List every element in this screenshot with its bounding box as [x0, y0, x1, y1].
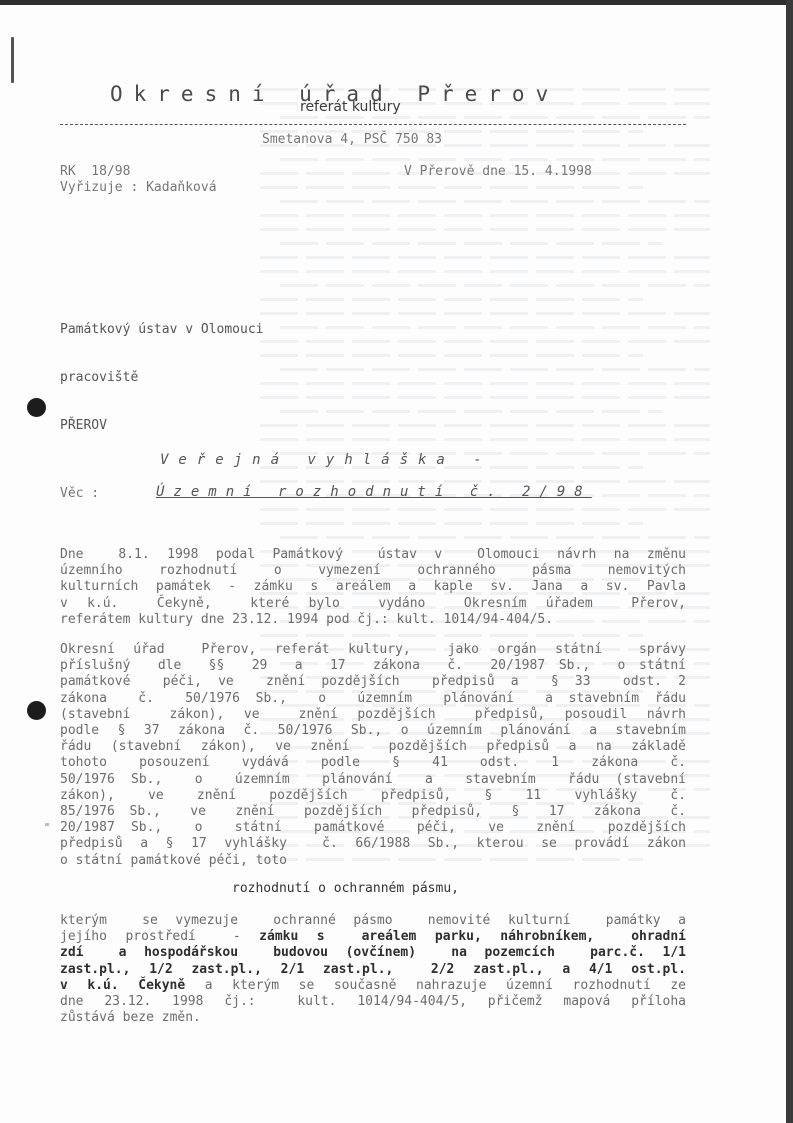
handled-by: Vyřizuje : Kadaňková	[60, 180, 217, 195]
emphasized-text: zast.pl., 1/2 zast.pl., 2/1 zast.pl., 2/…	[60, 962, 686, 977]
subject-label: Věc :	[60, 486, 99, 501]
header-divider	[60, 124, 686, 125]
text-line: předpisů a § 17 vyhlášky č. 66/1988 Sb.,…	[60, 836, 686, 852]
addressee-block: Památkový ústav v Olomouci pracoviště PŘ…	[60, 290, 264, 450]
decision-heading: rozhodnutí o ochranném pásmu,	[232, 881, 459, 896]
punch-hole-icon	[27, 701, 46, 720]
emphasized-text: v k.ú. Čekyně	[60, 978, 185, 993]
text-run: a kterým se současně nahrazuje územní ro…	[185, 978, 686, 993]
text-line: zast.pl., 1/2 zast.pl., 2/1 zast.pl., 2/…	[60, 962, 686, 978]
text-line: jejího prostředí - zámku s areálem parku…	[60, 929, 686, 945]
punch-hole-icon	[27, 398, 46, 417]
margin-pencil-mark	[11, 37, 14, 83]
reference-number: RK 18/98	[60, 164, 130, 179]
text-line: referátem kultury dne 23.12. 1994 pod čj…	[60, 612, 686, 628]
public-notice-title: Veřejná vyhláška -	[160, 452, 492, 468]
text-line: tohoto posouzení vydává podle § 41 odst.…	[60, 755, 686, 771]
addressee-line: PŘEROV	[60, 418, 264, 434]
office-address: Smetanova 4, PSČ 750 83	[262, 132, 442, 147]
scan-right-edge	[786, 0, 793, 1123]
emphasized-text: zdí a hospodářskou budovou (ovčínem) na …	[60, 945, 686, 960]
text-line: 20/1987 Sb., o státní památkové péči, ve…	[60, 820, 686, 836]
paragraph-decision-scope: kterým se vymezuje ochranné pásmo nemovi…	[60, 913, 686, 1026]
text-run: jejího prostředí -	[60, 929, 259, 944]
text-line: příslušný dle §§ 29 a 17 zákona č. 20/19…	[60, 658, 686, 674]
text-line: v k.ú. Čekyně a kterým se současně nahra…	[60, 978, 686, 994]
scan-top-edge	[0, 0, 793, 5]
text-run: zůstává beze změn.	[60, 1010, 201, 1025]
text-line: dne 23.12. 1998 čj.: kult. 1014/94-404/5…	[60, 994, 686, 1010]
text-line: podle § 37 zákona č. 50/1976 Sb., o územ…	[60, 723, 686, 739]
text-line: zdí a hospodářskou budovou (ovčínem) na …	[60, 945, 686, 961]
paragraph-application: Dne 8.1. 1998 podal Památkový ústav v Ol…	[60, 547, 686, 628]
place-and-date: V Přerově dne 15. 4.1998	[404, 164, 592, 179]
text-run: kterým se vymezuje ochranné pásmo nemovi…	[60, 913, 686, 928]
department-name: referát kultury	[300, 99, 401, 115]
text-line: kulturních památek - zámku s areálem a k…	[60, 579, 686, 595]
text-line: v k.ú. Čekyně, které bylo vydáno Okresní…	[60, 596, 686, 612]
text-line: památkové péči, ve znění pozdějších před…	[60, 674, 686, 690]
addressee-line: pracoviště	[60, 370, 264, 386]
text-line: 50/1976 Sb., o územním plánování a stave…	[60, 772, 686, 788]
text-run: dne 23.12. 1998 čj.: kult. 1014/94-404/5…	[60, 994, 686, 1009]
text-line: zákon), ve znění pozdějších předpisů, § …	[60, 788, 686, 804]
text-line: 85/1976 Sb., ve znění pozdějších předpis…	[60, 804, 686, 820]
text-line: Okresní úřad Přerov, referát kultury, ja…	[60, 642, 686, 658]
text-line: územního rozhodnutí o vymezení ochrannéh…	[60, 563, 686, 579]
text-line: zůstává beze změn.	[60, 1010, 686, 1026]
text-line: řádu (stavební zákon), ve znění pozdější…	[60, 739, 686, 755]
text-line: (stavební zákon), ve znění pozdějších př…	[60, 707, 686, 723]
text-line: kterým se vymezuje ochranné pásmo nemovi…	[60, 913, 686, 929]
addressee-line: Památkový ústav v Olomouci	[60, 322, 264, 338]
text-line: zákona č. 50/1976 Sb., o územním plánová…	[60, 691, 686, 707]
scan-speck	[45, 823, 49, 826]
text-line: o státní památkové péči, toto	[60, 853, 686, 869]
emphasized-text: zámku s areálem parku, náhrobníkem, ohra…	[259, 929, 686, 944]
paragraph-legal-basis: Okresní úřad Přerov, referát kultury, ja…	[60, 642, 686, 869]
subject-text: Územní rozhodnutí č. 2/98	[156, 484, 592, 500]
text-line: Dne 8.1. 1998 podal Památkový ústav v Ol…	[60, 547, 686, 563]
